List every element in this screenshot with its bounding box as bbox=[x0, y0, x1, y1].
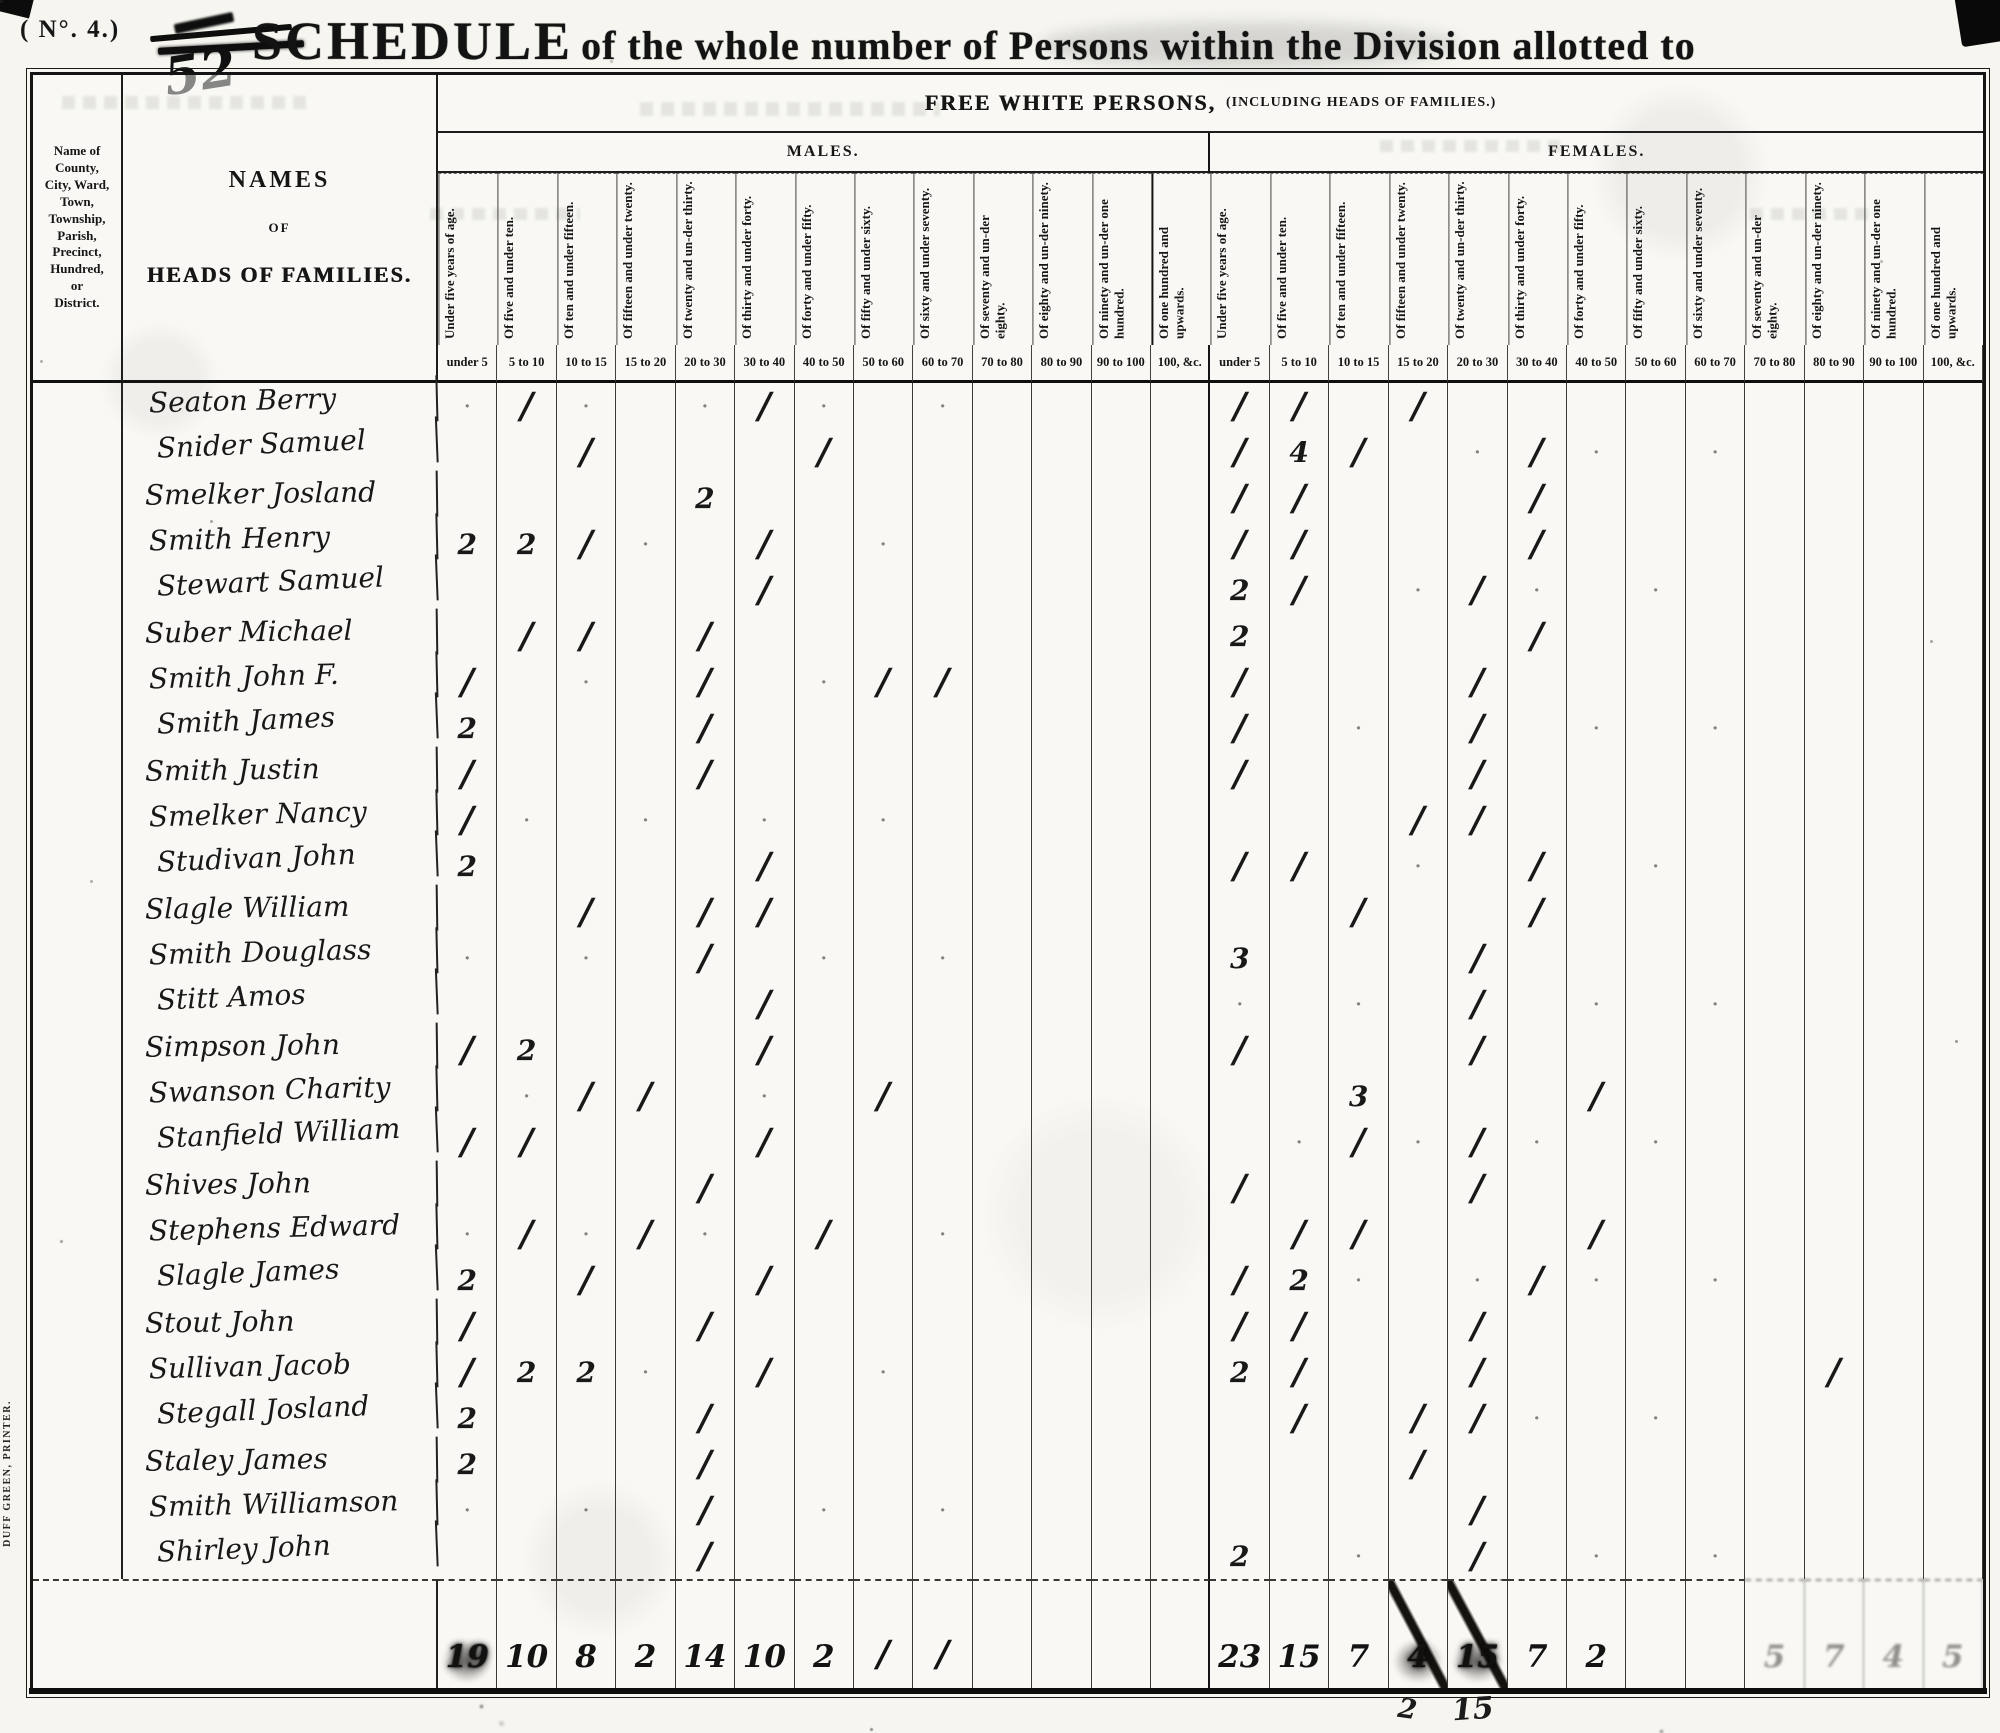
tally-cell bbox=[1270, 659, 1329, 705]
tally-cell bbox=[735, 751, 794, 797]
tally-cell bbox=[973, 429, 1032, 475]
age-column-header: Of one hundred and upwards. bbox=[1151, 173, 1210, 345]
tally-cell bbox=[735, 1073, 794, 1119]
age-range-label: 5 to 10 bbox=[497, 345, 556, 383]
tally-cell: ∕ bbox=[735, 843, 794, 889]
tally-cell bbox=[913, 567, 972, 613]
age-range-label: 100, &c. bbox=[1924, 345, 1983, 383]
tally-cell bbox=[854, 1395, 913, 1441]
tally-cell bbox=[1092, 981, 1151, 1027]
tally-cell: ∕ bbox=[1448, 1395, 1507, 1441]
tally-cell bbox=[1329, 475, 1388, 521]
tally-cell: ∕ bbox=[1448, 935, 1507, 981]
tally-cell bbox=[616, 1257, 675, 1303]
tally-cell bbox=[1626, 1441, 1685, 1487]
tally-cell bbox=[913, 843, 972, 889]
tally-cell bbox=[1626, 659, 1685, 705]
tally-cell bbox=[676, 797, 735, 843]
tally-cell bbox=[1864, 613, 1923, 659]
tally-cell bbox=[1924, 1165, 1983, 1211]
tally-cell bbox=[1092, 1257, 1151, 1303]
tally-cell: ∕ bbox=[1210, 705, 1269, 751]
tally-cell bbox=[1151, 613, 1210, 659]
age-range-label: 70 to 80 bbox=[973, 345, 1032, 383]
tally-cell bbox=[1686, 1533, 1745, 1579]
tally-cell bbox=[854, 751, 913, 797]
tally-cell bbox=[616, 751, 675, 797]
tally-cell bbox=[1924, 613, 1983, 659]
tally-cell: ∕ bbox=[1448, 567, 1507, 613]
tally-cell bbox=[497, 1487, 556, 1533]
tally-cell bbox=[1151, 567, 1210, 613]
tally-cell: 4 bbox=[1270, 429, 1329, 475]
tally-cell bbox=[1924, 1257, 1983, 1303]
tally-cell bbox=[1686, 751, 1745, 797]
tally-cell bbox=[497, 1257, 556, 1303]
tally-cell bbox=[1508, 1441, 1567, 1487]
column-total: 19 bbox=[438, 1579, 497, 1691]
age-range-label: 80 to 90 bbox=[1032, 345, 1091, 383]
tally-cell bbox=[1567, 1257, 1626, 1303]
tally-cell bbox=[1626, 521, 1685, 567]
tally-cell bbox=[1329, 843, 1388, 889]
tally-cell bbox=[735, 1533, 794, 1579]
tally-cell bbox=[1924, 1211, 1983, 1257]
age-range-label: 40 to 50 bbox=[795, 345, 854, 383]
age-column-header: Of twenty and un-der thirty. bbox=[676, 173, 735, 345]
tally-cell bbox=[913, 1533, 972, 1579]
tally-cell: ∕ bbox=[676, 1395, 735, 1441]
tally-cell bbox=[1924, 1027, 1983, 1073]
tally-cell bbox=[676, 1349, 735, 1395]
tally-cell bbox=[973, 1165, 1032, 1211]
tally-cell: ∕ bbox=[735, 1349, 794, 1395]
tally-cell: ∕ bbox=[557, 1073, 616, 1119]
tally-cell bbox=[497, 751, 556, 797]
tally-cell: ∕ bbox=[1210, 383, 1269, 429]
tally-cell bbox=[1805, 659, 1864, 705]
age-column-header: Of ninety and un-der one hundred. bbox=[1092, 173, 1151, 345]
tally-cell bbox=[854, 889, 913, 935]
tally-cell bbox=[1626, 981, 1685, 1027]
tally-cell bbox=[1270, 889, 1329, 935]
tally-cell bbox=[1924, 659, 1983, 705]
tally-cell: 2 bbox=[1270, 1257, 1329, 1303]
tally-cell: ∕ bbox=[913, 659, 972, 705]
column-total bbox=[1032, 1579, 1091, 1691]
tally-cell bbox=[1270, 1165, 1329, 1211]
tally-cell bbox=[735, 1303, 794, 1349]
tally-cell bbox=[1032, 1165, 1091, 1211]
tally-cell bbox=[1686, 567, 1745, 613]
tally-cell bbox=[913, 1073, 972, 1119]
tally-cell: ∕ bbox=[438, 751, 497, 797]
tally-cell bbox=[913, 889, 972, 935]
tally-cell bbox=[676, 843, 735, 889]
tally-cell bbox=[1092, 751, 1151, 797]
tally-cell bbox=[1567, 659, 1626, 705]
column-total: ∕ bbox=[854, 1579, 913, 1691]
tally-cell: ∕ bbox=[1805, 1349, 1864, 1395]
tally-cell bbox=[1270, 751, 1329, 797]
tally-cell bbox=[1805, 705, 1864, 751]
tally-cell bbox=[1864, 935, 1923, 981]
tally-cell bbox=[1864, 1441, 1923, 1487]
tally-cell bbox=[1745, 935, 1804, 981]
tally-cell bbox=[973, 751, 1032, 797]
tally-cell bbox=[1389, 1257, 1448, 1303]
tally-cell bbox=[1626, 1533, 1685, 1579]
tally-cell bbox=[1329, 659, 1388, 705]
tally-cell bbox=[616, 1441, 675, 1487]
age-column-header: Of ten and under fifteen. bbox=[1329, 173, 1388, 345]
tally-cell bbox=[973, 521, 1032, 567]
tally-cell bbox=[1805, 1441, 1864, 1487]
age-range-label: 15 to 20 bbox=[616, 345, 675, 383]
tally-cell: ∕ bbox=[1210, 475, 1269, 521]
tally-cell bbox=[1864, 1395, 1923, 1441]
tally-cell bbox=[1924, 751, 1983, 797]
tally-cell bbox=[1329, 521, 1388, 567]
column-total bbox=[1151, 1579, 1210, 1691]
tally-cell: ∕ bbox=[557, 521, 616, 567]
tally-cell bbox=[973, 935, 1032, 981]
tally-cell bbox=[973, 1211, 1032, 1257]
tally-cell bbox=[1686, 383, 1745, 429]
tally-cell: ∕ bbox=[1567, 1073, 1626, 1119]
tally-cell bbox=[557, 935, 616, 981]
age-range-label: 60 to 70 bbox=[1686, 345, 1745, 383]
age-range-label: 60 to 70 bbox=[913, 345, 972, 383]
tally-cell bbox=[1448, 843, 1507, 889]
tally-cell bbox=[616, 1027, 675, 1073]
tally-cell bbox=[616, 521, 675, 567]
tally-cell bbox=[1032, 1257, 1091, 1303]
tally-cell: ∕ bbox=[438, 1349, 497, 1395]
tally-cell bbox=[973, 1487, 1032, 1533]
tally-cell bbox=[1032, 1211, 1091, 1257]
tally-cell bbox=[1567, 475, 1626, 521]
tally-cell bbox=[1745, 981, 1804, 1027]
tally-cell bbox=[1389, 429, 1448, 475]
tally-cell bbox=[973, 981, 1032, 1027]
tally-cell bbox=[1567, 613, 1626, 659]
tally-cell bbox=[973, 1027, 1032, 1073]
tally-cell bbox=[854, 1165, 913, 1211]
tally-cell bbox=[1567, 1165, 1626, 1211]
tally-cell: ∕ bbox=[1508, 521, 1567, 567]
tally-cell bbox=[1805, 1395, 1864, 1441]
tally-cell bbox=[557, 1533, 616, 1579]
tally-cell: ∕ bbox=[676, 1533, 735, 1579]
tally-cell bbox=[913, 1441, 972, 1487]
tally-cell bbox=[497, 1533, 556, 1579]
tally-cell: ∕ bbox=[676, 1441, 735, 1487]
tally-cell bbox=[1329, 1487, 1388, 1533]
column-total: 2 bbox=[616, 1579, 675, 1691]
tally-cell bbox=[1448, 1073, 1507, 1119]
tally-cell bbox=[1032, 751, 1091, 797]
tally-cell bbox=[616, 1165, 675, 1211]
tally-cell bbox=[1389, 1349, 1448, 1395]
tally-cell bbox=[438, 475, 497, 521]
tally-cell bbox=[1389, 567, 1448, 613]
tally-cell bbox=[616, 1303, 675, 1349]
age-range-label: 20 to 30 bbox=[676, 345, 735, 383]
tally-cell bbox=[1924, 797, 1983, 843]
tally-cell bbox=[1032, 475, 1091, 521]
handwritten-note-below-totals: 15 bbox=[1451, 1691, 1495, 1729]
tally-cell bbox=[1329, 1257, 1388, 1303]
tally-cell bbox=[1567, 429, 1626, 475]
tally-cell: 2 bbox=[438, 1395, 497, 1441]
tally-cell: ∕ bbox=[676, 1487, 735, 1533]
tally-cell bbox=[1151, 1119, 1210, 1165]
tally-cell: ∕ bbox=[1210, 521, 1269, 567]
tally-cell bbox=[676, 1257, 735, 1303]
tally-cell bbox=[795, 1349, 854, 1395]
tally-cell bbox=[1092, 1395, 1151, 1441]
tally-cell bbox=[1151, 1441, 1210, 1487]
age-column-header: Under five years of age. bbox=[1210, 173, 1269, 345]
tally-cell bbox=[1686, 981, 1745, 1027]
tally-cell bbox=[1092, 797, 1151, 843]
tally-cell bbox=[735, 1441, 794, 1487]
tally-cell bbox=[1151, 521, 1210, 567]
tally-cell: ∕ bbox=[616, 1211, 675, 1257]
tally-cell bbox=[1805, 1211, 1864, 1257]
tally-cell bbox=[557, 1165, 616, 1211]
tally-cell bbox=[497, 567, 556, 613]
tally-cell bbox=[1805, 475, 1864, 521]
tally-cell bbox=[616, 1487, 675, 1533]
tally-cell: ∕ bbox=[854, 1073, 913, 1119]
tally-cell: ∕ bbox=[1508, 889, 1567, 935]
tally-cell bbox=[735, 1395, 794, 1441]
tally-cell bbox=[1092, 429, 1151, 475]
tally-cell: ∕ bbox=[1508, 1257, 1567, 1303]
tally-cell bbox=[1151, 1257, 1210, 1303]
tally-cell bbox=[1924, 1441, 1983, 1487]
tally-cell bbox=[497, 935, 556, 981]
tally-cell: ∕ bbox=[1448, 659, 1507, 705]
tally-cell bbox=[1151, 1487, 1210, 1533]
tally-cell: ∕ bbox=[557, 429, 616, 475]
tally-cell bbox=[1864, 1027, 1923, 1073]
tally-cell bbox=[1864, 1165, 1923, 1211]
tally-cell bbox=[1270, 1487, 1329, 1533]
tally-cell bbox=[1092, 475, 1151, 521]
tally-cell bbox=[1389, 521, 1448, 567]
tally-cell bbox=[1864, 521, 1923, 567]
tally-cell bbox=[1389, 1119, 1448, 1165]
tally-cell bbox=[616, 935, 675, 981]
tally-cell bbox=[616, 981, 675, 1027]
tally-cell bbox=[1626, 475, 1685, 521]
tally-cell bbox=[1924, 429, 1983, 475]
age-column-header: Of seventy and un-der eighty. bbox=[973, 173, 1032, 345]
tally-cell bbox=[1567, 1533, 1626, 1579]
tally-cell bbox=[795, 1027, 854, 1073]
tally-cell: 2 bbox=[1210, 1533, 1269, 1579]
tally-cell bbox=[1686, 1073, 1745, 1119]
tally-cell bbox=[438, 567, 497, 613]
tally-cell bbox=[616, 1349, 675, 1395]
tally-cell bbox=[854, 1441, 913, 1487]
tally-cell bbox=[1805, 843, 1864, 889]
tally-cell: 2 bbox=[557, 1349, 616, 1395]
tally-cell: ∕ bbox=[676, 659, 735, 705]
tally-cell bbox=[1151, 1303, 1210, 1349]
tally-cell bbox=[1745, 1073, 1804, 1119]
tally-cell bbox=[913, 1027, 972, 1073]
tally-cell bbox=[1686, 1441, 1745, 1487]
tally-cell bbox=[854, 1027, 913, 1073]
tally-cell bbox=[1924, 1487, 1983, 1533]
tally-cell: ∕ bbox=[1270, 1211, 1329, 1257]
tally-cell bbox=[438, 1211, 497, 1257]
tally-cell bbox=[438, 429, 497, 475]
tally-cell bbox=[795, 705, 854, 751]
tally-cell bbox=[1508, 1211, 1567, 1257]
tally-cell bbox=[1745, 889, 1804, 935]
tally-cell bbox=[1805, 383, 1864, 429]
tally-cell bbox=[1092, 843, 1151, 889]
totals-row-left-filler bbox=[33, 1579, 438, 1691]
tally-cell bbox=[1329, 613, 1388, 659]
tally-cell bbox=[1686, 889, 1745, 935]
tally-cell bbox=[1329, 935, 1388, 981]
age-range-label: 90 to 100 bbox=[1864, 345, 1923, 383]
tally-cell bbox=[1389, 889, 1448, 935]
tally-cell bbox=[1686, 613, 1745, 659]
tally-cell bbox=[616, 567, 675, 613]
tally-cell bbox=[1864, 1487, 1923, 1533]
tally-cell bbox=[1864, 889, 1923, 935]
tally-cell bbox=[1092, 1349, 1151, 1395]
column-total bbox=[1626, 1579, 1685, 1691]
free-white-persons-label: FREE WHITE PERSONS, bbox=[925, 90, 1216, 116]
tally-cell bbox=[1864, 705, 1923, 751]
tally-cell bbox=[854, 705, 913, 751]
tally-cell bbox=[1626, 1027, 1685, 1073]
tally-cell: ∕ bbox=[1508, 475, 1567, 521]
tally-cell bbox=[1626, 383, 1685, 429]
tally-cell bbox=[1151, 797, 1210, 843]
tally-cell: 2 bbox=[676, 475, 735, 521]
tally-cell bbox=[1745, 705, 1804, 751]
tally-cell bbox=[913, 1303, 972, 1349]
tally-cell: ∕ bbox=[676, 935, 735, 981]
tally-cell bbox=[1508, 659, 1567, 705]
page-title: SCHEDULE of the whole number of Persons … bbox=[252, 10, 1696, 72]
tally-cell bbox=[1270, 797, 1329, 843]
tally-cell bbox=[1805, 797, 1864, 843]
tally-cell bbox=[1567, 1395, 1626, 1441]
tally-cell bbox=[1686, 1211, 1745, 1257]
tally-cell bbox=[1389, 1027, 1448, 1073]
tally-cell bbox=[1864, 383, 1923, 429]
tally-cell: ∕ bbox=[735, 521, 794, 567]
tally-cell bbox=[1805, 751, 1864, 797]
tally-cell bbox=[1032, 1533, 1091, 1579]
tally-cell bbox=[973, 1349, 1032, 1395]
tally-cell bbox=[1270, 981, 1329, 1027]
tally-cell bbox=[1389, 1487, 1448, 1533]
age-column-header: Of fifty and under sixty. bbox=[854, 173, 913, 345]
tally-cell bbox=[1032, 521, 1091, 567]
tally-cell bbox=[735, 1165, 794, 1211]
tally-cell bbox=[676, 521, 735, 567]
tally-cell: ∕ bbox=[676, 751, 735, 797]
column-total: 23 bbox=[1210, 1579, 1269, 1691]
tally-cell bbox=[854, 935, 913, 981]
tally-cell bbox=[557, 1027, 616, 1073]
tally-cell bbox=[438, 383, 497, 429]
tally-cell bbox=[1686, 1257, 1745, 1303]
tally-cell bbox=[735, 475, 794, 521]
tally-cell bbox=[438, 1073, 497, 1119]
tally-cell bbox=[1389, 659, 1448, 705]
tally-cell bbox=[1210, 889, 1269, 935]
column-total: ∕ bbox=[913, 1579, 972, 1691]
tally-cell bbox=[1151, 429, 1210, 475]
tally-cell bbox=[795, 475, 854, 521]
column-total: 7 bbox=[1805, 1579, 1864, 1691]
tally-cell bbox=[1864, 1073, 1923, 1119]
tally-cell bbox=[616, 1395, 675, 1441]
tally-cell bbox=[1329, 981, 1388, 1027]
tally-cell bbox=[1745, 1211, 1804, 1257]
tally-cell bbox=[1924, 1119, 1983, 1165]
tally-cell bbox=[1567, 1441, 1626, 1487]
tally-cell bbox=[1092, 889, 1151, 935]
tally-cell: ∕ bbox=[1270, 521, 1329, 567]
tally-cell bbox=[1032, 981, 1091, 1027]
tally-cell bbox=[1567, 1349, 1626, 1395]
tally-cell: ∕ bbox=[1389, 797, 1448, 843]
tally-cell bbox=[1626, 1073, 1685, 1119]
tally-cell bbox=[1567, 567, 1626, 613]
tally-cell bbox=[1745, 751, 1804, 797]
tally-cell bbox=[1626, 1395, 1685, 1441]
tally-cell bbox=[1805, 613, 1864, 659]
tally-cell bbox=[1151, 705, 1210, 751]
tally-cell bbox=[1329, 1441, 1388, 1487]
age-column-header: Of forty and under fifty. bbox=[1567, 173, 1626, 345]
tally-cell bbox=[1626, 1487, 1685, 1533]
tally-cell bbox=[1567, 1119, 1626, 1165]
tally-cell bbox=[1686, 429, 1745, 475]
tally-cell bbox=[1508, 935, 1567, 981]
tally-cell bbox=[1567, 981, 1626, 1027]
tally-cell: ∕ bbox=[438, 797, 497, 843]
tally-cell bbox=[1626, 1303, 1685, 1349]
tally-cell bbox=[1567, 751, 1626, 797]
tally-cell: ∕ bbox=[1448, 705, 1507, 751]
tally-cell bbox=[1508, 797, 1567, 843]
tally-cell bbox=[1092, 383, 1151, 429]
tally-cell bbox=[854, 1303, 913, 1349]
tally-cell: ∕ bbox=[1329, 1211, 1388, 1257]
tally-cell bbox=[795, 1441, 854, 1487]
tally-cell bbox=[854, 981, 913, 1027]
tally-cell bbox=[973, 613, 1032, 659]
column-total: 5 bbox=[1745, 1579, 1804, 1691]
age-range-label: 100, &c. bbox=[1151, 345, 1210, 383]
tally-cell bbox=[973, 1533, 1032, 1579]
tally-cell bbox=[795, 567, 854, 613]
